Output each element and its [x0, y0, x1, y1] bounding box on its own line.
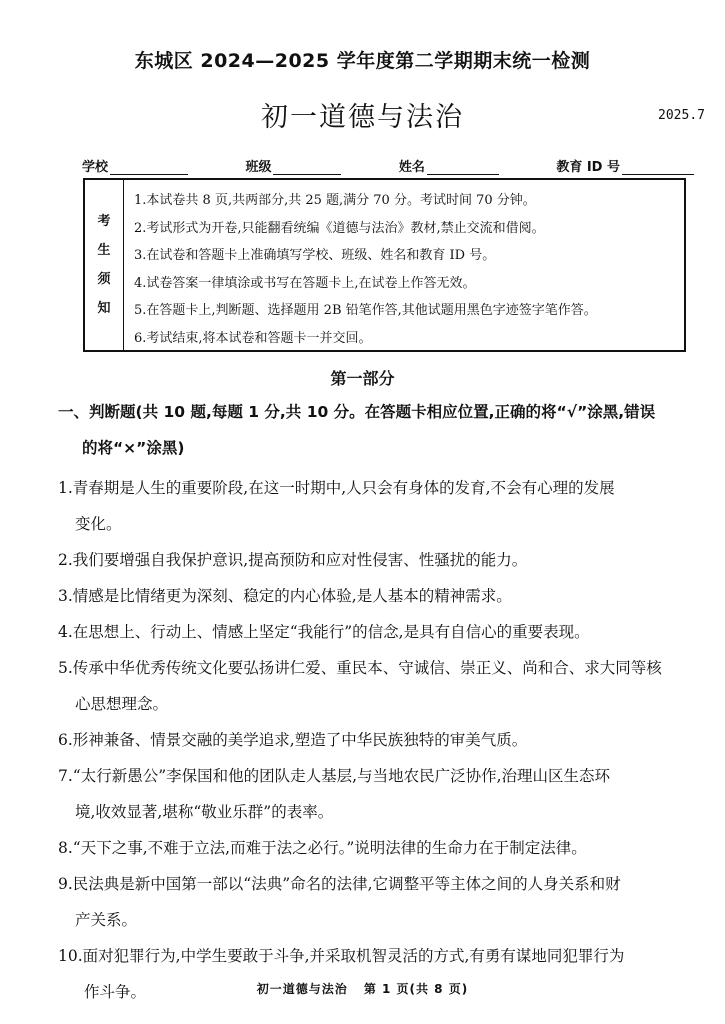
section-heading-line: 的将“×”涂黑) — [58, 430, 708, 466]
notice-item: 3.在试卷和答题卡上准确填写学校、班级、姓名和教育 ID 号。 — [134, 242, 684, 270]
question-list: 1.青春期是人生的重要阶段,在这一时期中,人只会有身体的发育,不会有心理的发展 … — [58, 470, 708, 1010]
question-3: 3.情感是比情绪更为深刻、稳定的内心体验,是人基本的精神需求。 — [58, 578, 708, 614]
page-footer: 初一道德与法治第 1 页(共 8 页) — [0, 980, 725, 997]
notice-item: 4.试卷答案一律填涂或书写在答题卡上,在试卷上作答无效。 — [134, 270, 684, 298]
field-label: 教育 ID 号 — [556, 156, 620, 175]
notice-item: 1.本试卷共 8 页,共两部分,共 25 题,满分 70 分。考试时间 70 分… — [134, 187, 684, 215]
field-class: 班级 — [245, 156, 341, 175]
question-8: 8.“天下之事,不难于立法,而难于法之必行。”说明法律的生命力在于制定法律。 — [58, 830, 708, 866]
question-text-cont: 变化。 — [58, 506, 708, 542]
question-text: 10.面对犯罪行为,中学生要敢于斗争,并采取机智灵活的方式,有勇有谋地同犯罪行为 — [58, 938, 708, 974]
question-text: 7.“太行新愚公”李保国和他的团队走人基层,与当地农民广泛协作,治理山区生态环 — [58, 758, 708, 794]
field-label: 班级 — [245, 156, 271, 175]
question-text: 3.情感是比情绪更为深刻、稳定的内心体验,是人基本的精神需求。 — [58, 578, 708, 614]
question-10: 10.面对犯罪行为,中学生要敢于斗争,并采取机智灵活的方式,有勇有谋地同犯罪行为… — [58, 938, 708, 1010]
exam-title: 东城区 2024—2025 学年度第二学期期末统一检测 — [0, 46, 725, 73]
question-text-cont: 产关系。 — [58, 902, 708, 938]
question-text: 5.传承中华优秀传统文化要弘扬讲仁爱、重民本、守诚信、崇正义、尚和合、求大同等核 — [58, 650, 708, 686]
footer-subject: 初一道德与法治 — [257, 982, 348, 996]
field-label: 姓名 — [399, 156, 425, 175]
name-input-line[interactable] — [427, 160, 499, 175]
field-name: 姓名 — [399, 156, 499, 175]
section-heading: 一、判断题(共 10 题,每题 1 分,共 10 分。在答题卡相应位置,正确的将… — [58, 394, 708, 466]
class-input-line[interactable] — [273, 160, 341, 175]
notice-list: 1.本试卷共 8 页,共两部分,共 25 题,满分 70 分。考试时间 70 分… — [124, 180, 684, 350]
exam-date: 2025.7 — [658, 108, 705, 123]
question-7: 7.“太行新愚公”李保国和他的团队走人基层,与当地农民广泛协作,治理山区生态环 … — [58, 758, 708, 830]
field-education-id: 教育 ID 号 — [556, 156, 694, 175]
question-text: 9.民法典是新中国第一部以“法典”命名的法律,它调整平等主体之间的人身关系和财 — [58, 866, 708, 902]
question-text: 4.在思想上、行动上、情感上坚定“我能行”的信念,是具有自信心的重要表现。 — [58, 614, 708, 650]
footer-page-number: 第 1 页(共 8 页) — [364, 982, 468, 996]
question-text-cont: 心思想理念。 — [58, 686, 708, 722]
question-2: 2.我们要增强自我保护意识,提高预防和应对性侵害、性骚扰的能力。 — [58, 542, 708, 578]
notice-label-char: 生 — [97, 236, 110, 265]
school-input-line[interactable] — [110, 160, 188, 175]
subject-title: 初一道德与法治 — [0, 95, 725, 134]
notice-item: 2.考试形式为开卷,只能翻看统编《道德与法治》教材,禁止交流和借阅。 — [134, 215, 684, 243]
question-text: 8.“天下之事,不难于立法,而难于法之必行。”说明法律的生命力在于制定法律。 — [58, 830, 708, 866]
notice-label-char: 知 — [97, 294, 110, 323]
question-9: 9.民法典是新中国第一部以“法典”命名的法律,它调整平等主体之间的人身关系和财 … — [58, 866, 708, 938]
question-6: 6.形神兼备、情景交融的美学追求,塑造了中华民族独特的审美气质。 — [58, 722, 708, 758]
question-4: 4.在思想上、行动上、情感上坚定“我能行”的信念,是具有自信心的重要表现。 — [58, 614, 708, 650]
notice-item: 5.在答题卡上,判断题、选择题用 2B 铅笔作答,其他试题用黑色字迹签字笔作答。 — [134, 297, 684, 325]
question-text: 1.青春期是人生的重要阶段,在这一时期中,人只会有身体的发育,不会有心理的发展 — [58, 470, 708, 506]
field-label: 学校 — [82, 156, 108, 175]
notice-item: 6.考试结束,将本试卷和答题卡一并交回。 — [134, 325, 684, 353]
question-text: 2.我们要增强自我保护意识,提高预防和应对性侵害、性骚扰的能力。 — [58, 542, 708, 578]
question-1: 1.青春期是人生的重要阶段,在这一时期中,人只会有身体的发育,不会有心理的发展 … — [58, 470, 708, 542]
question-text: 6.形神兼备、情景交融的美学追求,塑造了中华民族独特的审美气质。 — [58, 722, 708, 758]
part-title: 第一部分 — [0, 366, 725, 389]
question-text-cont: 境,收效显著,堪称“敬业乐群”的表率。 — [58, 794, 708, 830]
education-id-input-line[interactable] — [622, 160, 694, 175]
notice-label: 考 生 须 知 — [85, 180, 124, 350]
notice-label-char: 考 — [97, 207, 110, 236]
section-heading-line: 一、判断题(共 10 题,每题 1 分,共 10 分。在答题卡相应位置,正确的将… — [58, 403, 655, 421]
field-school: 学校 — [82, 156, 188, 175]
notice-label-char: 须 — [97, 265, 110, 294]
exam-notice-box: 考 生 须 知 1.本试卷共 8 页,共两部分,共 25 题,满分 70 分。考… — [83, 178, 686, 352]
question-5: 5.传承中华优秀传统文化要弘扬讲仁爱、重民本、守诚信、崇正义、尚和合、求大同等核… — [58, 650, 708, 722]
student-info-fields: 学校 班级 姓名 教育 ID 号 — [82, 153, 694, 175]
